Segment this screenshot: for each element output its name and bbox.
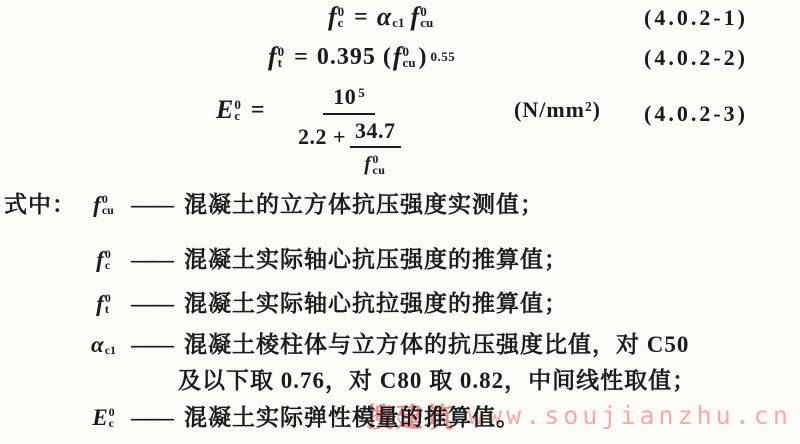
fc0-symbol: f0c bbox=[84, 245, 124, 275]
definition-row-fcu: 式中： f0cu —— 混凝土的立方体抗压强度实测值； bbox=[4, 190, 544, 220]
definition-row-fc: f0c —— 混凝土实际轴心抗压强度的推算值； bbox=[4, 245, 568, 275]
fc0-symbol: f0c bbox=[328, 2, 345, 32]
definition-row-alpha: αc1 —— 混凝土棱柱体与立方体的抗压强度比值，对 C50 bbox=[4, 330, 689, 360]
definition-text: 混凝土实际弹性模量的推算值。 bbox=[184, 403, 520, 433]
inner-fraction: 34.7 f0cu bbox=[350, 118, 401, 177]
close-paren: ) bbox=[419, 44, 427, 71]
denominator-prefix: 2.2 + bbox=[298, 118, 346, 150]
symbol-sub: c bbox=[338, 17, 344, 28]
symbol-base: f bbox=[364, 153, 371, 176]
definition-text: 混凝土的立方体抗压强度实测值； bbox=[184, 190, 544, 220]
numerator-exponent: 5 bbox=[358, 85, 365, 100]
equation-number-1: (4.0.2-1) bbox=[644, 5, 748, 31]
ec0-symbol: E0c bbox=[84, 403, 124, 433]
equation-4-0-2-3-lhs: E0c = bbox=[216, 95, 274, 125]
symbol-base: f bbox=[96, 289, 104, 319]
definition-text: 混凝土实际轴心抗拉强度的推算值； bbox=[184, 289, 568, 319]
numerator-base: 10 bbox=[333, 84, 356, 109]
intro-label: 式中： bbox=[4, 190, 84, 220]
equation-number-3: (4.0.2-3) bbox=[644, 101, 748, 127]
inner-numerator: 34.7 bbox=[350, 118, 401, 148]
scanned-document-page: { "page": { "background": "#fcfbf8", "in… bbox=[0, 0, 800, 444]
symbol-sub: c bbox=[105, 260, 110, 271]
symbol-sub: t bbox=[105, 304, 109, 315]
equals-sign: = bbox=[354, 4, 368, 31]
symbol-sub: c bbox=[234, 110, 240, 121]
symbol-sub: c1 bbox=[392, 17, 404, 28]
definition-text: 混凝土棱柱体与立方体的抗压强度比值，对 C50 bbox=[184, 330, 689, 360]
unit-label: (N/mm²) bbox=[514, 97, 601, 123]
open-paren: ( bbox=[383, 44, 391, 71]
symbol-base: α bbox=[377, 2, 391, 32]
symbol-sub: cu bbox=[102, 205, 114, 216]
symbol-sub: c bbox=[109, 418, 114, 429]
page-content: 搜建筑 www.soujianzhu.cn f0c = αc1 f0cu (4.… bbox=[0, 0, 800, 444]
inner-denominator: f0cu bbox=[364, 148, 386, 177]
coefficient: 0.395 bbox=[317, 44, 376, 71]
dash: —— bbox=[124, 330, 178, 360]
elastic-modulus-fraction: 105 2.2 + 34.7 f0cu bbox=[296, 84, 403, 177]
fraction-numerator: 105 bbox=[323, 84, 375, 115]
definition-text-continued: 及以下取 0.76，对 C80 取 0.82，中间线性取值； bbox=[178, 366, 696, 396]
alpha-c1-symbol: αc1 bbox=[84, 330, 124, 360]
symbol-base: f bbox=[328, 2, 337, 32]
equation-4-0-2-1: f0c = αc1 f0cu bbox=[328, 2, 434, 32]
fcu0-symbol: f0cu bbox=[84, 190, 124, 220]
dash: —— bbox=[124, 403, 178, 433]
definition-row-alpha-continued: 及以下取 0.76，对 C80 取 0.82，中间线性取值； bbox=[4, 366, 696, 396]
symbol-sub: cu bbox=[420, 17, 433, 28]
symbol-base: f bbox=[268, 42, 277, 72]
alpha-c1-symbol: αc1 bbox=[377, 2, 406, 32]
symbol-base: f bbox=[393, 42, 402, 72]
symbol-sub: c1 bbox=[105, 345, 116, 356]
symbol-base: f bbox=[93, 190, 101, 220]
ft0-symbol: f0t bbox=[268, 42, 285, 72]
symbol-sub: cu bbox=[403, 57, 416, 68]
fcu0-symbol: f0cu bbox=[411, 2, 435, 32]
equals-sign: = bbox=[251, 97, 265, 124]
symbol-base: α bbox=[91, 330, 104, 360]
symbol-base: f bbox=[96, 245, 104, 275]
equation-number-2: (4.0.2-2) bbox=[644, 45, 748, 71]
symbol-sub: cu bbox=[372, 165, 385, 176]
exponent: 0.55 bbox=[431, 49, 456, 65]
dash: —— bbox=[124, 245, 178, 275]
fcu0-symbol: f0cu bbox=[393, 42, 417, 72]
definition-row-ft: f0t —— 混凝土实际轴心抗拉强度的推算值； bbox=[4, 289, 568, 319]
symbol-base: f bbox=[411, 2, 420, 32]
symbol-sub: t bbox=[278, 57, 282, 68]
equation-4-0-2-2: f0t = 0.395 ( f0cu ) 0.55 bbox=[268, 42, 455, 72]
dash: —— bbox=[124, 289, 178, 319]
ec0-symbol: E0c bbox=[216, 95, 242, 125]
dash: —— bbox=[124, 190, 178, 220]
equals-sign: = bbox=[294, 44, 308, 71]
definition-text: 混凝土实际轴心抗压强度的推算值； bbox=[184, 245, 568, 275]
symbol-base: E bbox=[216, 95, 233, 125]
fraction-denominator: 2.2 + 34.7 f0cu bbox=[296, 115, 403, 177]
definition-row-ec: E0c —— 混凝土实际弹性模量的推算值。 bbox=[4, 403, 520, 433]
symbol-base: E bbox=[92, 403, 107, 433]
ft0-symbol: f0t bbox=[84, 289, 124, 319]
